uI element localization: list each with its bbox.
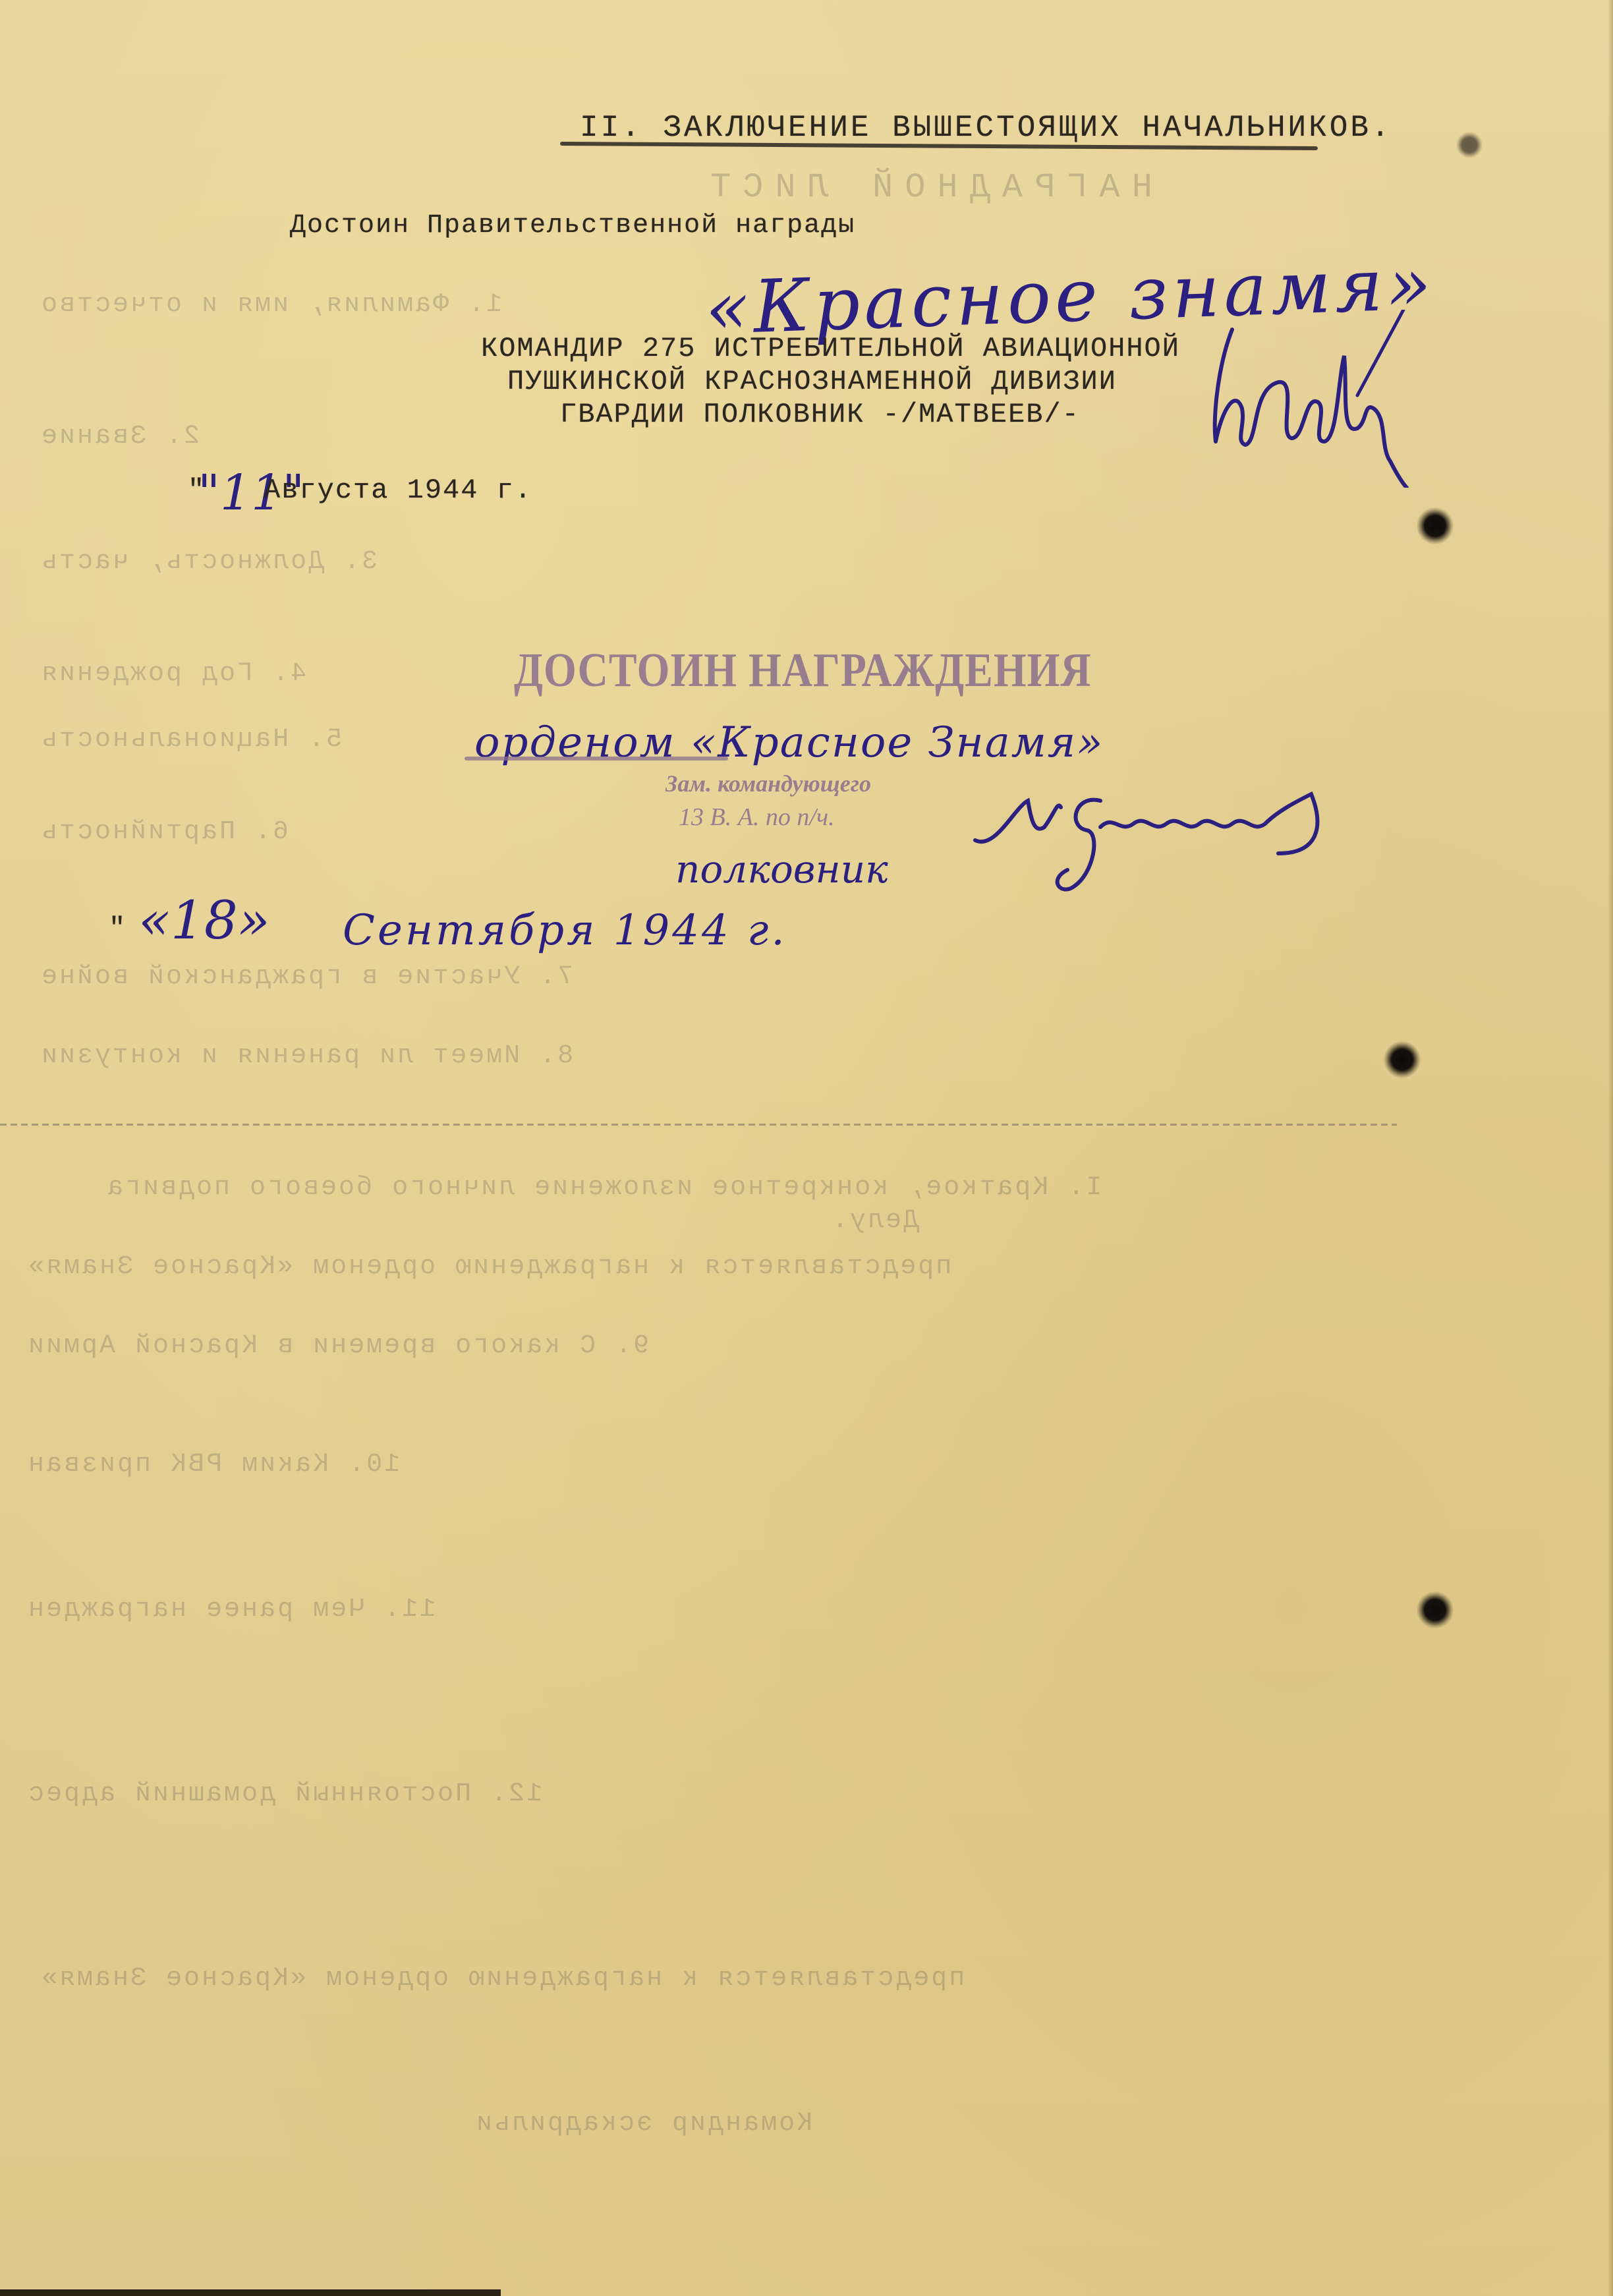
second-date-open-quote: " (109, 913, 127, 944)
bleed-through-line: 4. Год рождения (40, 659, 306, 689)
bleed-through-line: 5. Национальность (40, 725, 342, 755)
bleed-through-title: НАГРАДНОЙ ЛИСТ (698, 168, 1152, 207)
bleed-through-line: 9. С какого времени в Красной Армии (26, 1331, 649, 1361)
bleed-through-line: 2. Звание (40, 422, 200, 451)
bleed-through-line: 1. Фамилия, имя и отчество (40, 290, 502, 320)
punch-hole (1417, 507, 1454, 544)
bleed-through-line: Делу. (830, 1206, 919, 1236)
bleed-through-line: 11. Чем ранее награжден (26, 1595, 436, 1624)
punch-hole (1417, 1592, 1454, 1628)
bleed-through-line: 8. Имеет ли ранения и контузии (40, 1041, 573, 1071)
worthy-of-award-text: Достоин Правительственной награды (290, 211, 855, 241)
paper-right-edge (1608, 0, 1613, 2296)
section-title: II. ЗАКЛЮЧЕНИЕ ВЫШЕСТОЯЩИХ НАЧАЛЬНИКОВ. (580, 111, 1392, 145)
punch-hole (1456, 132, 1483, 158)
deputy-commander-stamp-line2: 13 В. А. по п/ч. (679, 803, 835, 832)
bleed-through-line: 10. Каким РВК призван (26, 1450, 400, 1479)
worthy-of-awarding-stamp: ДОСТОИН НАГРАЖДЕНИЯ (514, 642, 1092, 698)
bleed-through-line: 3. Должность, часть (40, 547, 378, 577)
bleed-through-line: представляется к награждению орденом «Кр… (26, 1252, 951, 1282)
order-underline (465, 757, 728, 761)
commander-date-typed: Августа 1944 г. (264, 474, 532, 506)
handwritten-rank: полковник (675, 847, 888, 892)
deputy-commander-stamp-line1: Зам. командующего (665, 770, 871, 797)
bleed-through-line: 6. Партийность (40, 817, 289, 847)
bleed-through-line: 12. Постоянный домашний адрес (26, 1779, 542, 1809)
second-date-month-year: Сентября 1944 г. (343, 906, 787, 955)
deputy-signature (969, 788, 1338, 919)
commander-signature (1206, 310, 1469, 488)
commander-title-line3: ГВАРДИИ ПОЛКОВНИК -/МАТВЕЕВ/- (560, 399, 1080, 430)
bleed-through-line: 7. Участие в гражданской войне (40, 962, 573, 992)
bleed-through-signature-block: Командир эскадрильи (474, 2109, 812, 2138)
bleed-through-line: I. Краткое, конкретное изложение личного… (105, 1173, 1102, 1203)
commander-title-line1: КОМАНДИР 275 ИСТРЕБИТЕЛЬНОЙ АВИАЦИОННОЙ (481, 333, 1180, 364)
punch-hole (1384, 1041, 1421, 1078)
scan-bottom-edge (0, 2289, 501, 2296)
bleed-through-line: представляется к награждению орденом «Кр… (40, 1964, 965, 1994)
bleed-through-rule (0, 1124, 1397, 1126)
second-date-day: «18» (138, 890, 270, 951)
commander-title-line2: ПУШКИНСКОЙ КРАСНОЗНАМЕННОЙ ДИВИЗИИ (507, 366, 1117, 397)
